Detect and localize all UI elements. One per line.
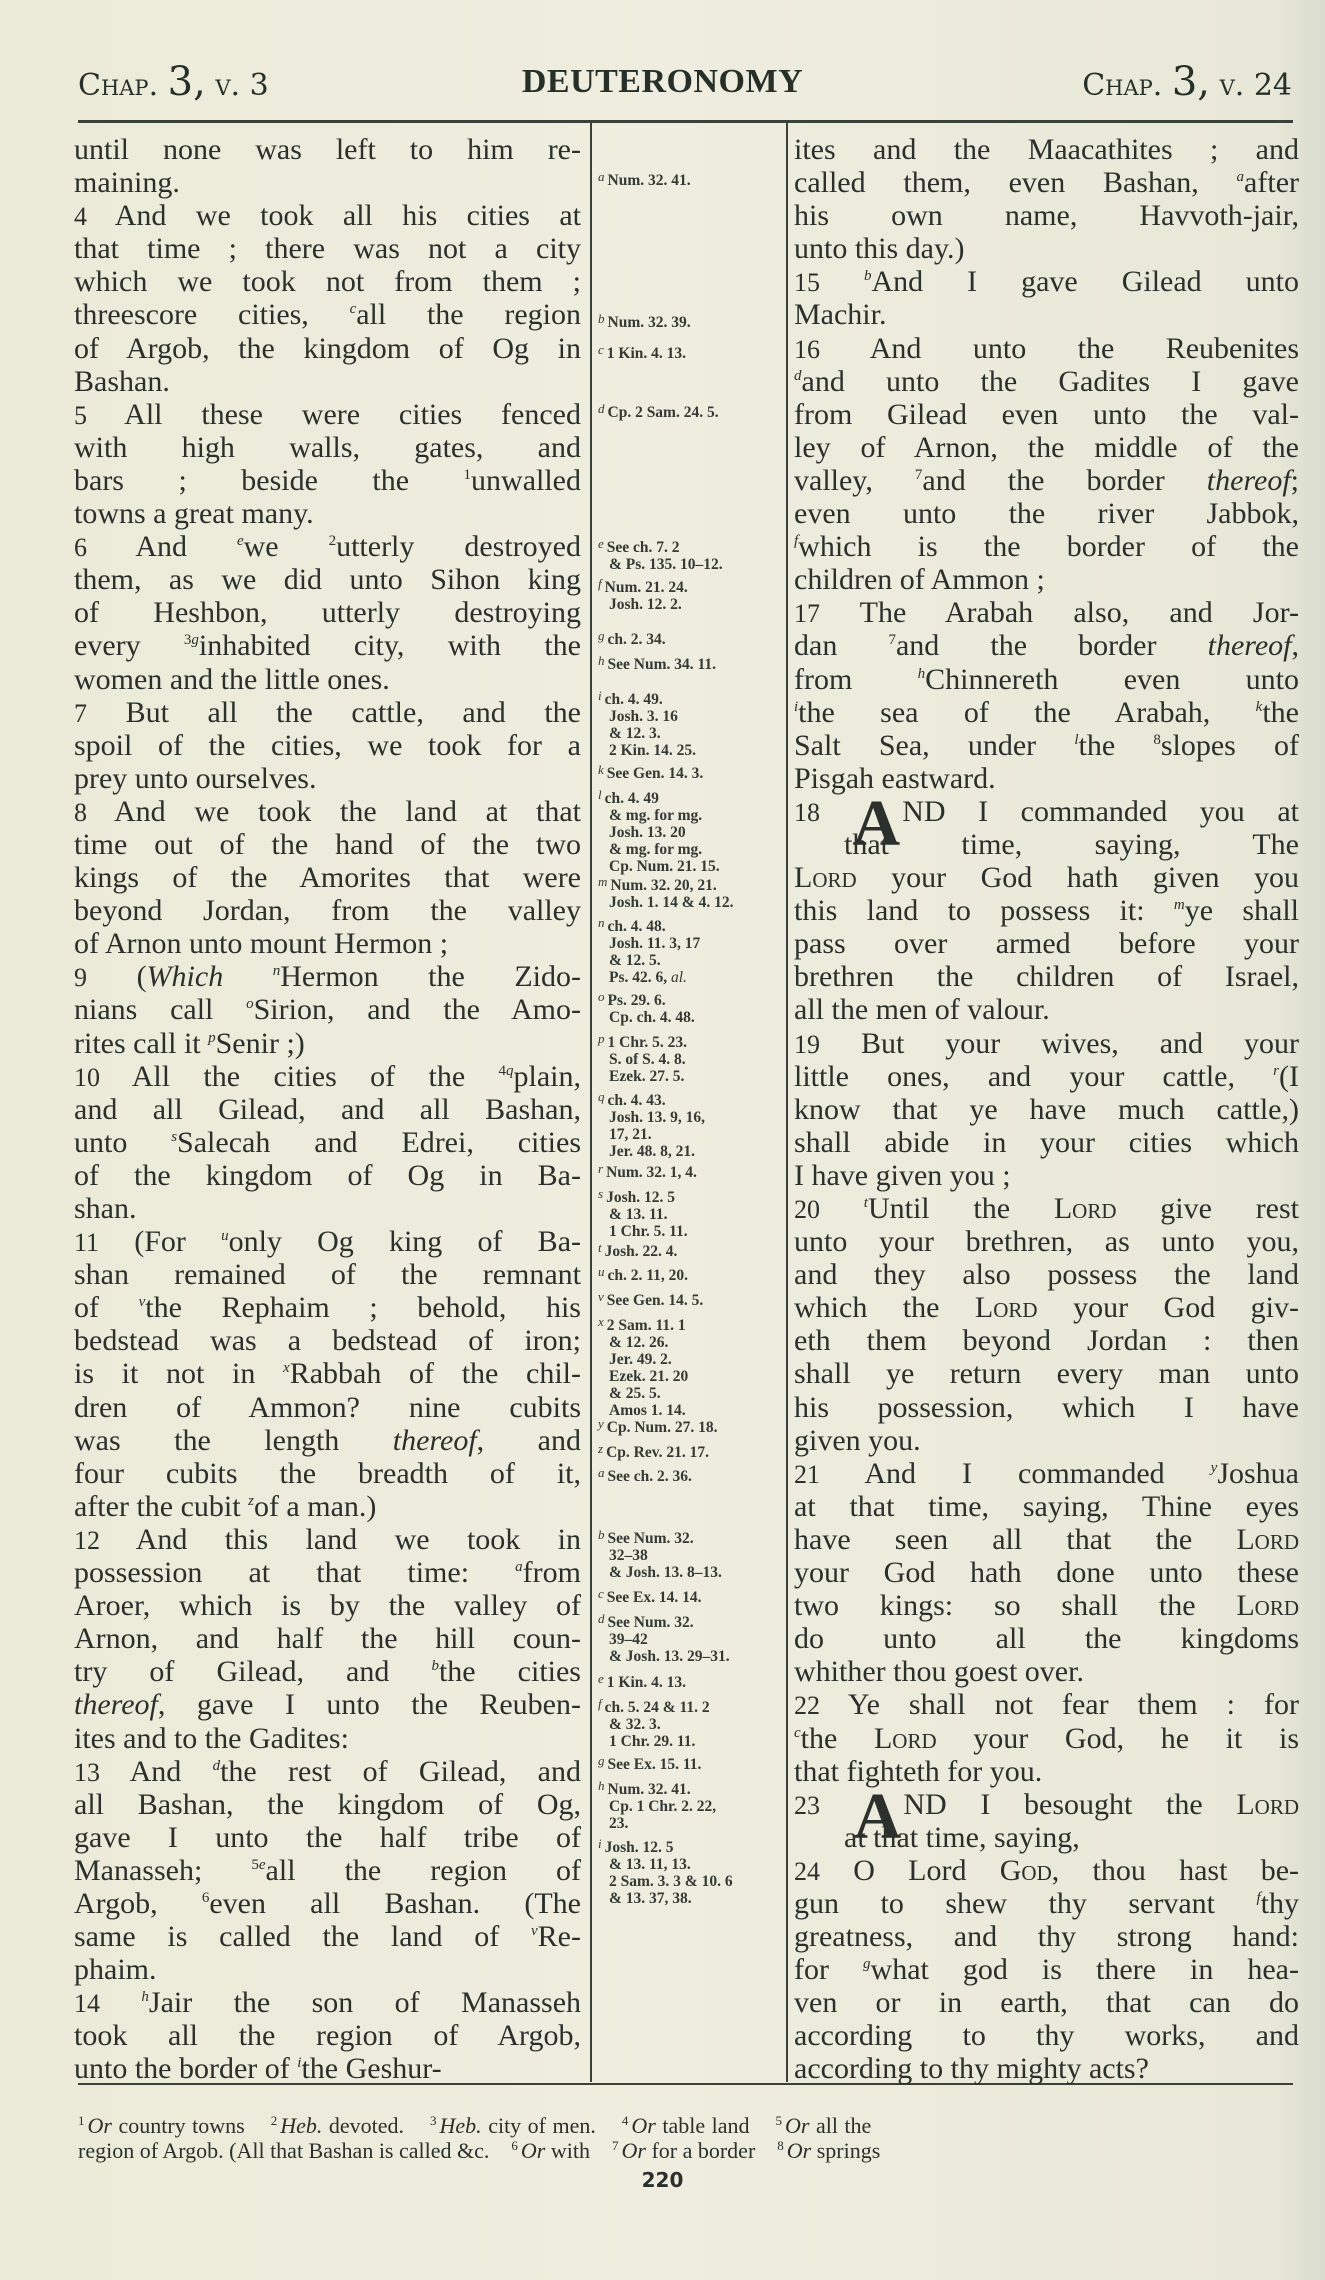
text-line: shall abide in your cities which	[794, 1126, 1299, 1159]
text-line: 13 And dthe rest of Gilead, and	[74, 1755, 581, 1788]
text-line: Salt Sea, under lthe 8slopes of	[794, 729, 1299, 762]
cross-reference-x: x2 Sam. 11. 1& 12. 26.Jer. 49. 2.Ezek. 2…	[598, 1313, 688, 1419]
text-line: which we took not from them ;	[74, 265, 581, 298]
text-line: ley of Arnon, the middle of the	[794, 431, 1299, 464]
text-line: 6 And ewe 2utterly destroyed	[74, 530, 581, 563]
text-line: of vthe Rephaim ; behold, his	[74, 1291, 581, 1324]
page-number: 220	[0, 2168, 1325, 2192]
cross-reference-u: uch. 2. 11, 20.	[598, 1263, 688, 1284]
cross-reference-e: eSee ch. 7. 2& Ps. 135. 10–12.	[598, 535, 723, 573]
text-line: cthe Lord your God, he it is	[794, 1722, 1299, 1755]
text-line: little ones, and your cattle, r(I	[794, 1060, 1299, 1093]
text-line: 15 bAnd I gave Gilead unto	[794, 265, 1299, 298]
verse-number: 24	[1254, 68, 1292, 103]
text-line: ven or in earth, that can do	[794, 1986, 1299, 2019]
text-line: gun to shew thy servant fthy	[794, 1887, 1299, 1920]
text-line: greatness, and thy strong hand:	[794, 1920, 1299, 1953]
cross-reference-b: bNum. 32. 39.	[598, 310, 691, 331]
text-line: was the length thereof, and	[74, 1424, 581, 1457]
text-line: with high walls, gates, and	[74, 431, 581, 464]
text-line: 14 hJair the son of Manasseh	[74, 1986, 581, 2019]
text-line: 21 And I commanded yJoshua	[794, 1457, 1299, 1490]
text-line: given you.	[794, 1424, 1299, 1457]
text-line: have seen all that the Lord	[794, 1523, 1299, 1556]
text-line: four cubits the breadth of it,	[74, 1457, 581, 1490]
text-line: Machir.	[794, 298, 1299, 331]
text-line: 17 The Arabah also, and Jor-	[794, 596, 1299, 629]
chapter-number: 3,	[1172, 59, 1210, 105]
text-line: unto sSalecah and Edrei, cities	[74, 1126, 581, 1159]
text-line: thereof, gave I unto the Reuben-	[74, 1688, 581, 1721]
text-line: all Bashan, the kingdom of Og,	[74, 1788, 581, 1821]
text-line: 16 And unto the Reubenites	[794, 332, 1299, 365]
text-line: his possession, which I have	[794, 1391, 1299, 1424]
footnote-7: for a border	[651, 2138, 755, 2163]
cross-reference-l: lch. 4. 49& mg. for mg.Josh. 13. 20& mg.…	[598, 786, 720, 875]
text-line: them, as we did unto Sihon king	[74, 563, 581, 596]
cross-reference-c: cSee Ex. 14. 14.	[598, 1585, 702, 1606]
text-line: your God hath done unto these	[794, 1556, 1299, 1589]
text-line: 24 O Lord God, thou hast be-	[794, 1854, 1299, 1887]
cross-reference-q: qch. 4. 43.Josh. 13. 9, 16,17, 21.Jer. 4…	[598, 1088, 705, 1160]
text-line: 20 tUntil the Lord give rest	[794, 1192, 1299, 1225]
text-line: bars ; beside the 1unwalled	[74, 464, 581, 497]
text-line: took all the region of Argob,	[74, 2019, 581, 2052]
cross-reference-g: gch. 2. 34.	[598, 627, 666, 648]
text-line: shall ye return every man unto	[794, 1357, 1299, 1390]
text-line: Arnon, and half the hill coun-	[74, 1622, 581, 1655]
text-line: of Heshbon, utterly destroying	[74, 596, 581, 629]
text-line: prey unto ourselves.	[74, 762, 581, 795]
text-line: unto the border of ithe Geshur-	[74, 2052, 581, 2085]
cross-reference-d: dSee Num. 32.39–42& Josh. 13. 29–31.	[598, 1610, 730, 1665]
text-line: Manasseh; 5eall the region of	[74, 1854, 581, 1887]
text-line: shan remained of the remnant	[74, 1258, 581, 1291]
text-line: same is called the land of vRe-	[74, 1920, 581, 1953]
cross-reference-e: e1 Kin. 4. 13.	[598, 1670, 686, 1691]
running-header-right: Chap. 3, v. 24	[1082, 62, 1292, 106]
text-line: 10 All the cities of the 4qplain,	[74, 1060, 581, 1093]
text-line: 9 (Which nHermon the Zido-	[74, 960, 581, 993]
cross-reference-d: dCp. 2 Sam. 24. 5.	[598, 400, 719, 421]
text-line: 23 AND I besought the Lord	[794, 1788, 1299, 1821]
text-line: two kings: so shall the Lord	[794, 1589, 1299, 1622]
cross-reference-n: nch. 4. 48.Josh. 11. 3, 17& 12. 5.Ps. 42…	[598, 914, 700, 986]
text-line: ites and the Maacathites ; and	[794, 133, 1299, 166]
text-line: this land to possess it: mye shall	[794, 894, 1299, 927]
text-line: Bashan.	[74, 365, 581, 398]
text-line: 22 Ye shall not fear them : for	[794, 1688, 1299, 1721]
footnote-6: with	[551, 2138, 590, 2163]
text-line: of Argob, the kingdom of Og in	[74, 332, 581, 365]
cross-reference-z: zCp. Rev. 21. 17.	[598, 1440, 709, 1461]
footnote-5-continued: region of Argob. (All that Bashan is cal…	[78, 2138, 489, 2163]
text-line: at that time, saying, Thine eyes	[794, 1490, 1299, 1523]
text-line: 4 And we took all his cities at	[74, 199, 581, 232]
text-line: nians call oSirion, and the Amo-	[74, 993, 581, 1026]
text-line: women and the little ones.	[74, 663, 581, 696]
cross-reference-f: fNum. 21. 24.Josh. 12. 2.	[598, 575, 688, 613]
text-line: and all Gilead, and all Bashan,	[74, 1093, 581, 1126]
text-line: unto this day.)	[794, 232, 1299, 265]
cross-reference-i: ich. 4. 49.Josh. 3. 16& 12. 3.2 Kin. 14.…	[598, 687, 696, 759]
text-line: towns a great many.	[74, 497, 581, 530]
text-line: of Arnon unto mount Hermon ;	[74, 927, 581, 960]
text-line: threescore cities, call the region	[74, 298, 581, 331]
text-line: fwhich is the border of the	[794, 530, 1299, 563]
column-divider-right	[786, 122, 788, 2082]
text-line: spoil of the cities, we took for a	[74, 729, 581, 762]
cross-reference-g: gSee Ex. 15. 11.	[598, 1752, 701, 1773]
text-line: rites call it pSenir ;)	[74, 1027, 581, 1060]
text-line: which the Lord your God giv-	[794, 1291, 1299, 1324]
cross-reference-y: yCp. Num. 27. 18.	[598, 1415, 717, 1436]
text-line: 12 And this land we took in	[74, 1523, 581, 1556]
text-line: all the men of valour.	[794, 993, 1299, 1026]
text-line: 18 AND I commanded you at	[794, 795, 1299, 828]
text-line: brethren the children of Israel,	[794, 960, 1299, 993]
footnote-8: springs	[817, 2138, 881, 2163]
text-line: I have given you ;	[794, 1159, 1299, 1192]
cross-reference-r: rNum. 32. 1, 4.	[598, 1160, 697, 1181]
text-line: shan.	[74, 1192, 581, 1225]
header-rule	[78, 120, 1293, 123]
text-line: phaim.	[74, 1953, 581, 1986]
cross-reference-p: p1 Chr. 5. 23.S. of S. 4. 8.Ezek. 27. 5.	[598, 1030, 687, 1085]
text-line: whither thou goest over.	[794, 1655, 1299, 1688]
text-line: after the cubit zof a man.)	[74, 1490, 581, 1523]
text-line: beyond Jordan, from the valley	[74, 894, 581, 927]
cross-reference-a: aNum. 32. 41.	[598, 168, 691, 189]
cross-reference-f: fch. 5. 24 & 11. 2& 32. 3.1 Chr. 29. 11.	[598, 1695, 710, 1750]
cross-reference-h: hSee Num. 34. 11.	[598, 652, 716, 673]
cross-reference-c: c1 Kin. 4. 13.	[598, 341, 686, 362]
text-line: unto your brethren, as unto you,	[794, 1225, 1299, 1258]
column-divider-left	[590, 122, 592, 2082]
text-line: 5 All these were cities fenced	[74, 398, 581, 431]
text-line: according to thy works, and	[794, 2019, 1299, 2052]
text-line: according to thy mighty acts?	[794, 2052, 1299, 2085]
text-line: dren of Ammon? nine cubits	[74, 1391, 581, 1424]
cross-reference-b: bSee Num. 32.32–38& Josh. 13. 8–13.	[598, 1526, 722, 1581]
text-line: kings of the Amorites that were	[74, 861, 581, 894]
text-column-right: ites and the Maacathites ; andcalled the…	[794, 133, 1299, 2086]
verse-label: v.	[1220, 68, 1245, 103]
text-line: from hChinnereth even unto	[794, 663, 1299, 696]
cross-reference-a: aSee ch. 2. 36.	[598, 1464, 692, 1485]
text-line: Aroer, which is by the valley of	[74, 1589, 581, 1622]
text-line: that time ; there was not a city	[74, 232, 581, 265]
text-line: 8 And we took the land at that	[74, 795, 581, 828]
cross-reference-k: kSee Gen. 14. 3.	[598, 761, 703, 782]
cross-reference-m: mNum. 32. 20, 21.Josh. 1. 14 & 4. 12.	[598, 873, 733, 911]
text-line: bedstead was a bedstead of iron;	[74, 1324, 581, 1357]
text-line: 11 (For uonly Og king of Ba-	[74, 1225, 581, 1258]
text-line: pass over armed before your	[794, 927, 1299, 960]
text-line: ites and to the Gadites:	[74, 1722, 581, 1755]
footnotes-line-2: region of Argob. (All that Bashan is cal…	[78, 2133, 1293, 2164]
text-line: of the kingdom of Og in Ba-	[74, 1159, 581, 1192]
text-line: valley, 7and the border thereof;	[794, 464, 1299, 497]
text-line: eth them beyond Jordan : then	[794, 1324, 1299, 1357]
text-line: know that ye have much cattle,)	[794, 1093, 1299, 1126]
text-line: time out of the hand of the two	[74, 828, 581, 861]
text-line: Argob, 6even all Bashan. (The	[74, 1887, 581, 1920]
text-line: gave I unto the half tribe of	[74, 1821, 581, 1854]
text-line: from Gilead even unto the val-	[794, 398, 1299, 431]
text-line: 7 But all the cattle, and the	[74, 696, 581, 729]
text-line: possession at that time: afrom	[74, 1556, 581, 1589]
chapter-label: Chap.	[1082, 68, 1162, 103]
text-line: do unto all the kingdoms	[794, 1622, 1299, 1655]
text-line: Lord your God hath given you	[794, 861, 1299, 894]
text-line: his own name, Havvoth-jair,	[794, 199, 1299, 232]
cross-reference-s: sJosh. 12. 5& 13. 11.1 Chr. 5. 11.	[598, 1185, 688, 1240]
text-line: for gwhat god is there in hea-	[794, 1953, 1299, 1986]
text-line: every 3ginhabited city, with the	[74, 629, 581, 662]
text-line: that time, saying, The	[794, 828, 1299, 861]
cross-reference-t: tJosh. 22. 4.	[598, 1239, 677, 1260]
text-line: until none was left to him re-	[74, 133, 581, 166]
text-line: maining.	[74, 166, 581, 199]
cross-reference-o: oPs. 29. 6.Cp. ch. 4. 48.	[598, 988, 695, 1026]
text-line: ithe sea of the Arabah, kthe	[794, 696, 1299, 729]
text-line: and they also possess the land	[794, 1258, 1299, 1291]
cross-reference-i: iJosh. 12. 5& 13. 11, 13.2 Sam. 3. 3 & 1…	[598, 1835, 733, 1907]
text-line: dan 7and the border thereof,	[794, 629, 1299, 662]
text-line: is it not in xRabbah of the chil-	[74, 1357, 581, 1390]
cross-reference-v: vSee Gen. 14. 5.	[598, 1288, 703, 1309]
text-line: called them, even Bashan, aafter	[794, 166, 1299, 199]
text-line: even unto the river Jabbok,	[794, 497, 1299, 530]
text-line: 19 But your wives, and your	[794, 1027, 1299, 1060]
text-line: try of Gilead, and bthe cities	[74, 1655, 581, 1688]
text-line: children of Ammon ;	[794, 563, 1299, 596]
text-line: dand unto the Gadites I gave	[794, 365, 1299, 398]
text-column-left: until none was left to him re-maining.4 …	[74, 133, 581, 2086]
text-line: at that time, saying,	[794, 1821, 1299, 1854]
cross-reference-h: hNum. 32. 41.Cp. 1 Chr. 2. 22,23.	[598, 1777, 716, 1832]
